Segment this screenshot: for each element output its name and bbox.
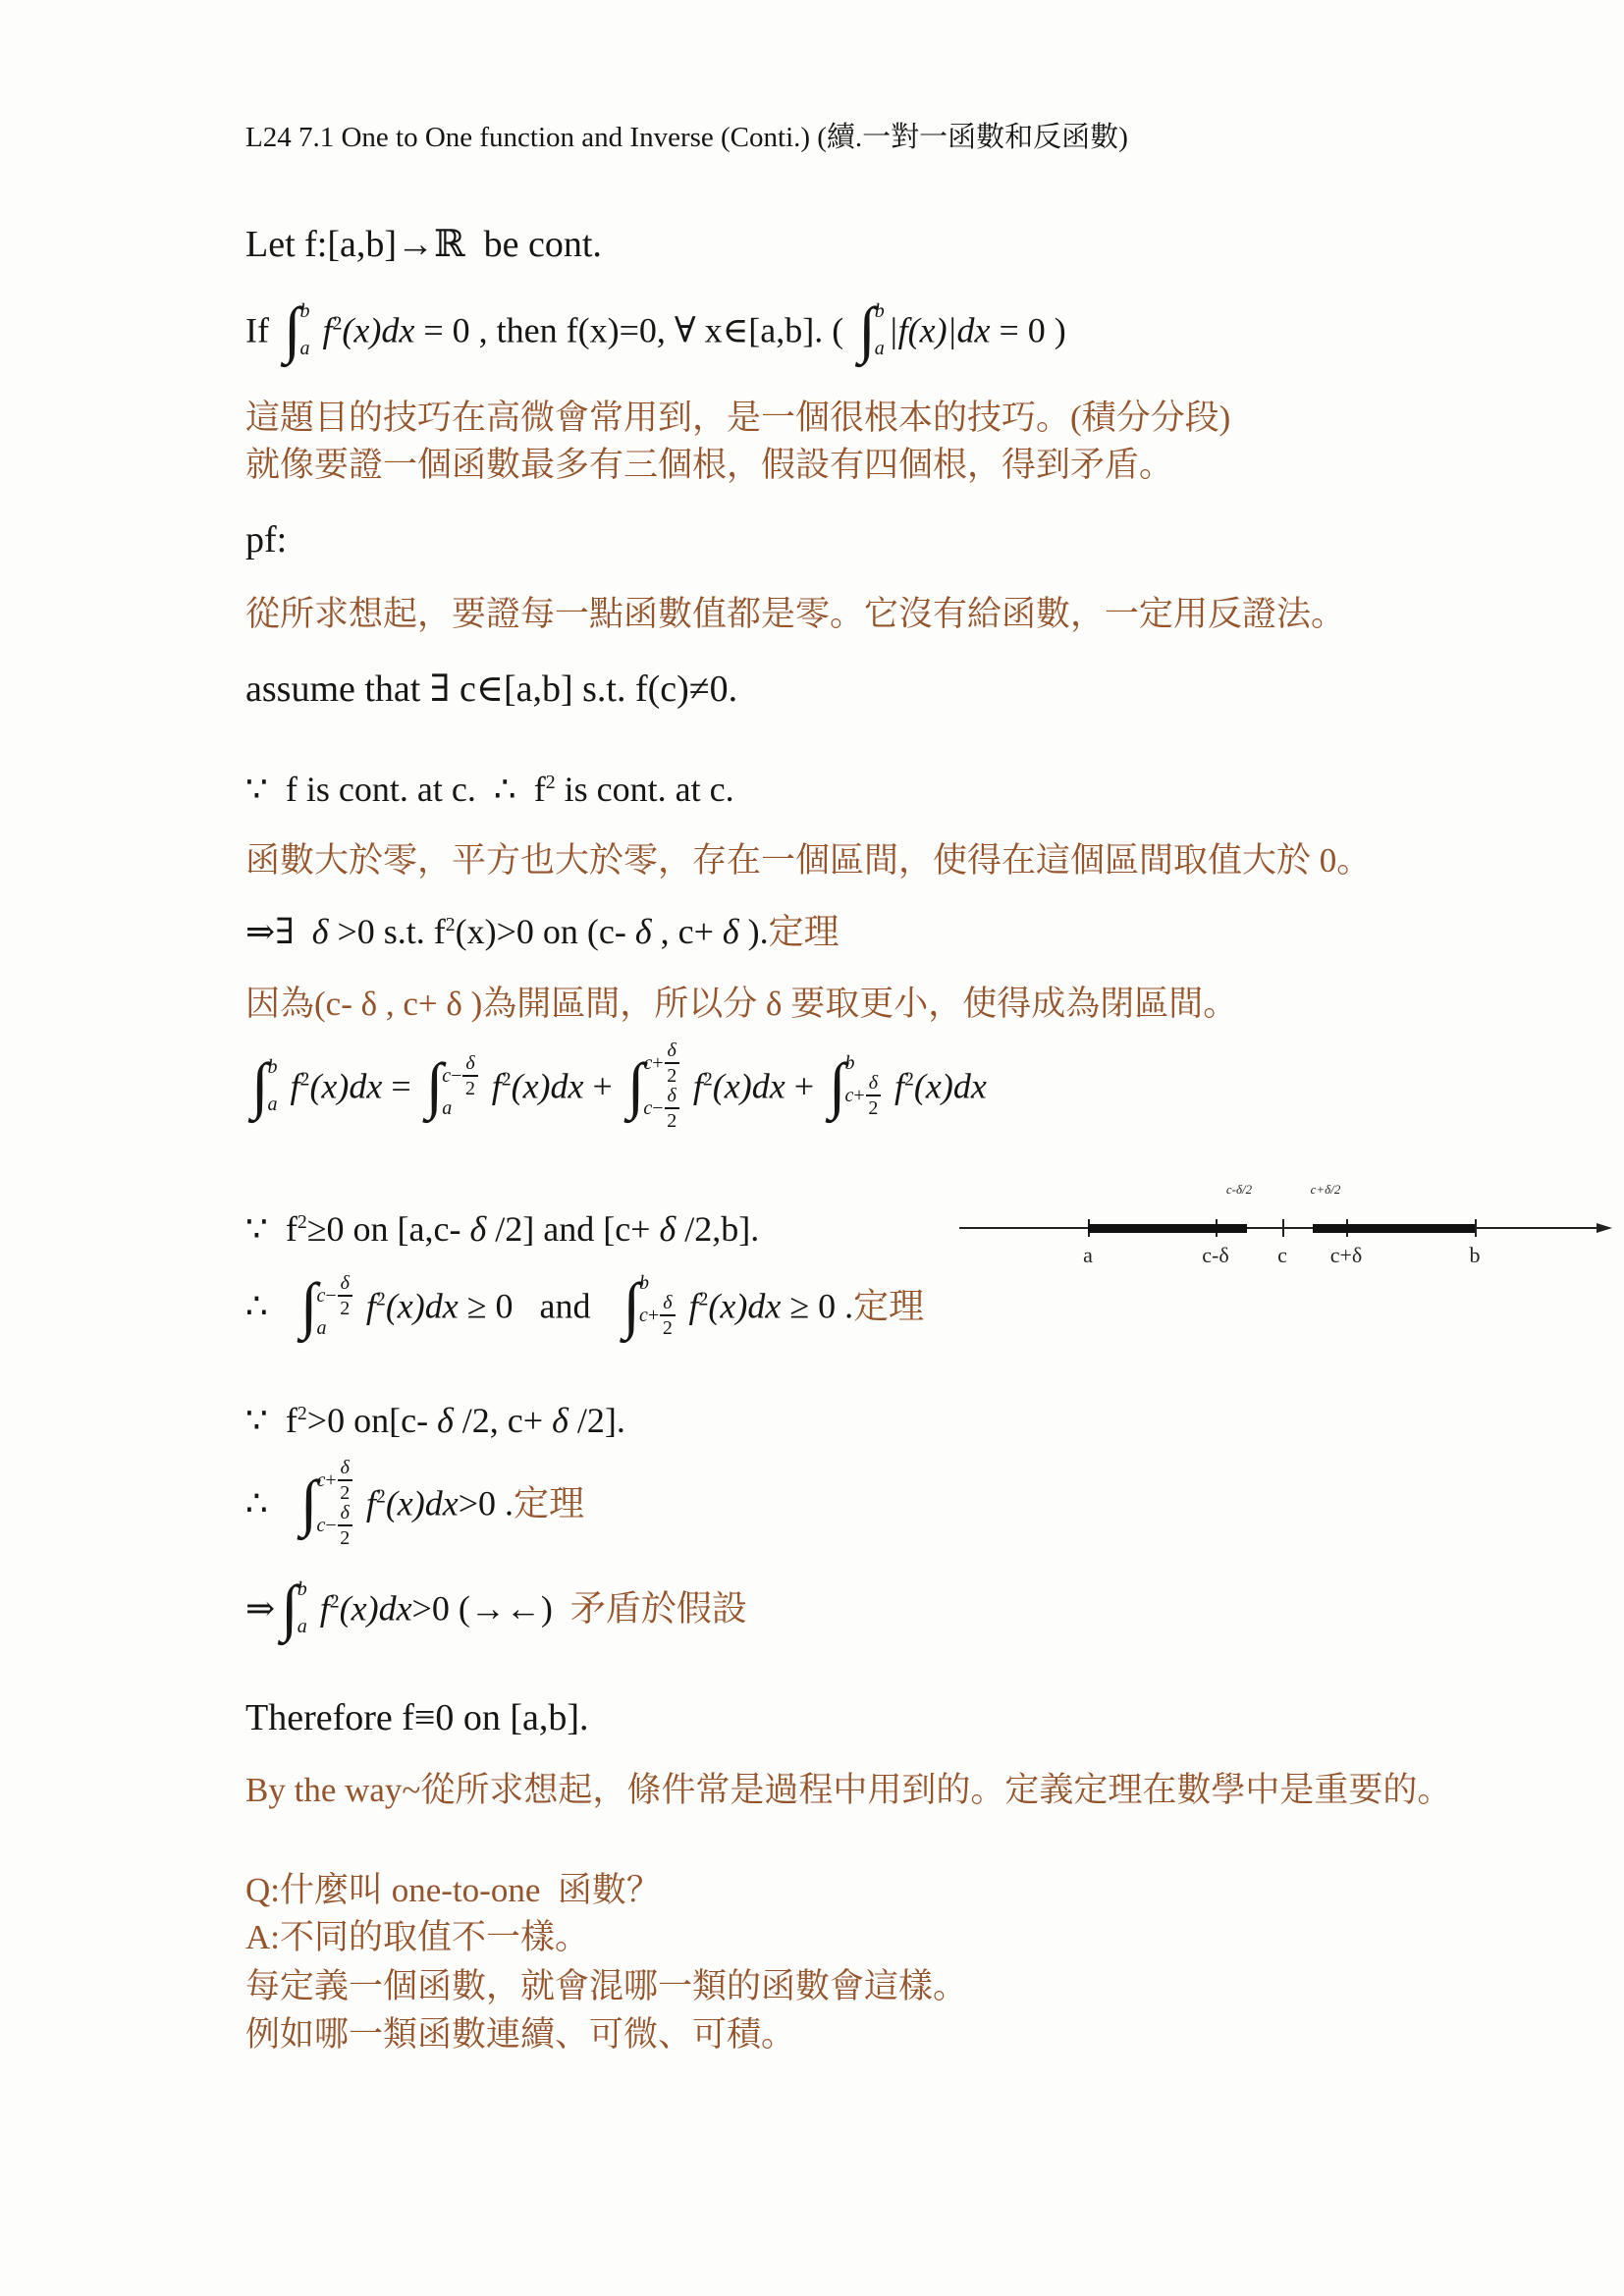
math-int: ∫ba bbox=[858, 300, 885, 359]
upper-limit: c+δ2 bbox=[643, 1041, 679, 1086]
math-it: c bbox=[316, 1516, 325, 1535]
note-positive-interval: 函數大於零，平方也大於零，存在一個區間，使得在這個區間取值大於 0。 bbox=[245, 839, 1371, 882]
note-by-the-way: By the way~從所求想起，條件常是過程中用到的。定義定理在數學中是重要的… bbox=[245, 1769, 1451, 1812]
integral-limits: c−δ2a bbox=[442, 1052, 478, 1119]
fraction-numerator: δ bbox=[462, 1053, 477, 1077]
f-squared-positive-statement: ∵ f2>0 on[c- δ /2, c+ δ /2]. bbox=[245, 1399, 625, 1443]
math-int: ∫c−δ2a bbox=[426, 1052, 479, 1119]
math-txt: >0 s.t. f bbox=[328, 912, 445, 951]
fraction-denominator: 2 bbox=[868, 1096, 878, 1118]
math-txt: /2, c+ bbox=[454, 1401, 552, 1440]
upper-limit: c−δ2 bbox=[442, 1053, 478, 1098]
math-sup: 2 bbox=[546, 772, 556, 793]
math-txt: − bbox=[325, 1286, 336, 1306]
note-roots-example: 就像要證一個函數最多有三個根，假設有四個根，得到矛盾。 bbox=[245, 444, 1173, 487]
math-it: f bbox=[357, 1483, 376, 1522]
integral-split-equation: ∫ba f2(x)dx = ∫c−δ2a f2(x)dx + ∫c+δ2c−δ2… bbox=[245, 1043, 987, 1136]
math-sup: 2 bbox=[446, 914, 456, 935]
math-txt: − bbox=[325, 1516, 336, 1535]
integral-limits: ba bbox=[875, 300, 885, 359]
math-txt: ⇒ bbox=[245, 1588, 275, 1628]
label-c-plus-delta: c+δ bbox=[1297, 1243, 1395, 1268]
math-txt: = bbox=[382, 1066, 419, 1105]
integral-icon: ∫ bbox=[300, 1475, 318, 1530]
qa-note-2: 例如哪一類函數連續、可微、可積。 bbox=[245, 2013, 795, 2056]
math-int: ∫ba bbox=[284, 300, 310, 359]
math-it: c bbox=[442, 1066, 451, 1086]
math-frac: δ2 bbox=[462, 1053, 477, 1098]
integral-icon: ∫ bbox=[426, 1058, 444, 1113]
math-it: a bbox=[268, 1095, 278, 1114]
f-squared-nonneg-statement: ∵ f2≥0 on [a,c- δ /2] and [c+ δ /2,b]. bbox=[245, 1207, 759, 1252]
fraction-denominator: 2 bbox=[340, 1526, 350, 1548]
math-it: f bbox=[886, 1066, 904, 1105]
math-int: ∫c+δ2c−δ2 bbox=[300, 1457, 353, 1549]
number-line-diagram: c-δ/2 c+δ/2 a c-δ c c+δ b bbox=[933, 1168, 1624, 1284]
math-it: c bbox=[643, 1098, 652, 1118]
math-it: (x)dx bbox=[309, 1066, 382, 1105]
math-sup: 2 bbox=[376, 1288, 386, 1309]
math-txt: + bbox=[325, 1470, 336, 1490]
math-frac: δ2 bbox=[665, 1086, 679, 1131]
contradiction-statement: ⇒∫ba f2(x)dx>0 (→←) 矛盾於假設 bbox=[245, 1582, 747, 1641]
qa-answer: A:不同的取值不一樣。 bbox=[245, 1916, 589, 1959]
lecture-notes-page: L24 7.1 One to One function and Inverse … bbox=[0, 0, 1624, 2296]
math-frac: δ2 bbox=[338, 1273, 352, 1318]
fraction-denominator: 2 bbox=[340, 1297, 350, 1318]
math-txt: = 0 , then f(x)=0, ∀ x∈[a,b]. ( bbox=[414, 310, 852, 349]
math-txt: ∵ f is cont. at c. ∴ f bbox=[245, 770, 546, 809]
segment-c-plus-half-delta-to-b bbox=[1313, 1224, 1475, 1233]
math-it: b bbox=[300, 301, 310, 321]
math-sup: 2 bbox=[904, 1068, 914, 1090]
lower-limit: a bbox=[316, 1318, 326, 1338]
upper-limit: b bbox=[298, 1579, 307, 1599]
integral-icon: ∫ bbox=[623, 1278, 641, 1333]
lower-limit: a bbox=[298, 1617, 307, 1636]
math-it: f bbox=[357, 1286, 376, 1325]
lower-limit: a bbox=[268, 1095, 278, 1114]
math-it: b bbox=[298, 1579, 307, 1599]
math-int: ∫bc+δ2 bbox=[623, 1272, 677, 1339]
math-txt: = 0 ) bbox=[991, 310, 1066, 349]
math-sup: 2 bbox=[703, 1068, 713, 1090]
upper-limit: b bbox=[875, 301, 885, 321]
math-it: |f(x)|dx bbox=[889, 310, 991, 349]
math-frac: δ2 bbox=[665, 1041, 679, 1086]
math-ann: 定理 bbox=[853, 1286, 924, 1325]
upper-limit: b bbox=[639, 1273, 649, 1293]
math-sup: 2 bbox=[376, 1485, 386, 1507]
upper-limit: b bbox=[845, 1053, 855, 1073]
math-txt: (x)>0 on (c- bbox=[456, 912, 635, 951]
math-txt: >0 . bbox=[459, 1483, 514, 1522]
fraction-denominator: 2 bbox=[663, 1316, 673, 1338]
page-title: L24 7.1 One to One function and Inverse … bbox=[245, 120, 1128, 155]
math-txt: is cont. at c. bbox=[556, 770, 734, 809]
lower-limit: c−δ2 bbox=[316, 1503, 352, 1548]
note-closed-interval: 因為(c- δ , c+ δ )為開區間，所以分 δ 要取更小，使得成為閉區間。 bbox=[245, 983, 1237, 1026]
math-it: (x)dx bbox=[713, 1066, 785, 1105]
math-txt: ∵ f bbox=[245, 1401, 298, 1440]
integral-limits: ba bbox=[298, 1578, 307, 1637]
math-it: f bbox=[282, 1066, 300, 1105]
math-txt: ≥ 0 . bbox=[781, 1286, 853, 1325]
math-txt: >0 (→←) bbox=[412, 1588, 570, 1628]
lower-limit: a bbox=[442, 1098, 452, 1118]
integral-limits: ba bbox=[300, 300, 310, 359]
upper-limit: c+δ2 bbox=[316, 1458, 352, 1503]
math-it: δ bbox=[723, 912, 739, 951]
integral-limits: bc+δ2 bbox=[639, 1272, 676, 1339]
upper-limit: c−δ2 bbox=[316, 1273, 352, 1318]
fraction-numerator: δ bbox=[665, 1041, 679, 1064]
math-txt: + bbox=[785, 1066, 823, 1105]
integral-icon: ∫ bbox=[251, 1058, 269, 1113]
upper-limit: b bbox=[268, 1057, 278, 1077]
fraction-numerator: δ bbox=[660, 1293, 675, 1316]
delta-existence-statement: ⇒∃ δ >0 s.t. f2(x)>0 on (c- δ , c+ δ ).定… bbox=[245, 910, 839, 954]
fraction-numerator: δ bbox=[866, 1073, 881, 1096]
assume-statement: assume that ∃ c∈[a,b] s.t. f(c)≠0. bbox=[245, 667, 737, 714]
math-int: ∫ba bbox=[281, 1578, 307, 1637]
math-it: f bbox=[311, 1588, 330, 1628]
continuity-statement: ∵ f is cont. at c. ∴ f2 is cont. at c. bbox=[245, 768, 734, 812]
math-txt: ). bbox=[739, 912, 769, 951]
math-it: a bbox=[442, 1098, 452, 1118]
math-it: c bbox=[845, 1086, 854, 1105]
math-it: (x)dx bbox=[914, 1066, 987, 1105]
math-sup: 2 bbox=[330, 1590, 340, 1612]
arrowhead-icon bbox=[1597, 1223, 1612, 1233]
tick-c bbox=[1282, 1219, 1284, 1237]
fraction-numerator: δ bbox=[338, 1503, 352, 1526]
math-txt: − bbox=[451, 1066, 461, 1086]
math-it: δ bbox=[552, 1401, 568, 1440]
qa-question: Q:什麼叫 one-to-one 函數？ bbox=[245, 1869, 661, 1912]
integral-icon: ∫ bbox=[829, 1058, 846, 1113]
math-txt: /2,b]. bbox=[676, 1209, 759, 1249]
if-statement: If ∫ba f2(x)dx = 0 , then f(x)=0, ∀ x∈[a… bbox=[245, 304, 1066, 363]
lower-limit: a bbox=[875, 339, 885, 358]
math-txt: ∴ bbox=[245, 1286, 295, 1325]
note-integration-technique: 這題目的技巧在高微會常用到，是一個很根本的技巧。(積分分段) bbox=[245, 397, 1230, 440]
math-ann: 定理 bbox=[514, 1483, 584, 1522]
math-ann: 矛盾於假設 bbox=[570, 1588, 747, 1628]
math-sup: 2 bbox=[298, 1403, 307, 1424]
math-sup: 2 bbox=[298, 1211, 307, 1233]
math-frac: δ2 bbox=[866, 1073, 881, 1118]
math-txt: ≥0 on [a,c- bbox=[307, 1209, 470, 1249]
integral-icon: ∫ bbox=[627, 1058, 645, 1113]
upper-limit: b bbox=[300, 301, 310, 321]
math-sup: 2 bbox=[300, 1068, 310, 1090]
math-sup: 2 bbox=[333, 312, 343, 334]
math-it: (x)dx bbox=[342, 310, 414, 349]
math-it: b bbox=[875, 301, 885, 321]
math-int: ∫ba bbox=[251, 1056, 278, 1115]
math-txt: + bbox=[584, 1066, 622, 1105]
math-ann: 定理 bbox=[769, 912, 839, 951]
math-it: δ bbox=[437, 1401, 454, 1440]
fraction-numerator: δ bbox=[338, 1458, 352, 1481]
integral-limits: c+δ2c−δ2 bbox=[643, 1040, 679, 1132]
math-txt: ∴ bbox=[245, 1483, 295, 1522]
math-it: δ bbox=[470, 1209, 487, 1249]
let-statement: Let f:[a,b]→ℝ be cont. bbox=[245, 222, 602, 269]
lower-limit: a bbox=[300, 339, 310, 358]
fraction-denominator: 2 bbox=[340, 1481, 350, 1503]
label-a: a bbox=[1039, 1243, 1137, 1268]
math-it: (x)dx bbox=[386, 1483, 459, 1522]
math-txt: /2]. bbox=[568, 1401, 625, 1440]
math-it: a bbox=[875, 339, 885, 358]
math-txt: , c+ bbox=[652, 912, 723, 951]
segment-a-to-c-minus-half-delta bbox=[1088, 1224, 1247, 1233]
integral-icon: ∫ bbox=[858, 302, 876, 357]
math-int: ∫c−δ2a bbox=[300, 1272, 353, 1339]
two-integrals-statement: ∴ ∫c−δ2a f2(x)dx ≥ 0 and ∫bc+δ2 f2(x)dx … bbox=[245, 1276, 924, 1343]
math-it: (x)dx bbox=[708, 1286, 781, 1325]
math-it: b bbox=[845, 1053, 855, 1073]
math-it: b bbox=[639, 1273, 649, 1293]
math-it: c bbox=[316, 1286, 325, 1306]
integral-limits: bc+δ2 bbox=[845, 1052, 882, 1119]
integral-limits: c−δ2a bbox=[316, 1272, 352, 1339]
fraction-numerator: δ bbox=[338, 1273, 352, 1297]
math-txt: + bbox=[648, 1306, 659, 1325]
math-txt: If bbox=[245, 310, 278, 349]
math-it: (x)dx bbox=[340, 1588, 412, 1628]
math-txt: /2] and [c+ bbox=[486, 1209, 659, 1249]
fraction-denominator: 2 bbox=[667, 1109, 677, 1131]
math-it: a bbox=[300, 339, 310, 358]
integral-limits: ba bbox=[268, 1056, 278, 1115]
math-sup: 2 bbox=[699, 1288, 709, 1309]
math-it: δ bbox=[312, 912, 329, 951]
integral-icon: ∫ bbox=[281, 1580, 298, 1635]
math-frac: δ2 bbox=[338, 1458, 352, 1503]
integral-limits: c+δ2c−δ2 bbox=[316, 1457, 352, 1549]
math-it: f bbox=[684, 1066, 703, 1105]
pf-label: pf: bbox=[245, 517, 287, 564]
math-txt: >0 on[c- bbox=[307, 1401, 437, 1440]
lower-limit: c+δ2 bbox=[639, 1293, 676, 1338]
lower-limit: c−δ2 bbox=[643, 1086, 679, 1131]
math-it: c bbox=[643, 1053, 652, 1073]
math-it: c bbox=[639, 1306, 648, 1325]
math-it: a bbox=[298, 1617, 307, 1636]
math-int: ∫bc+δ2 bbox=[829, 1052, 882, 1119]
fraction-denominator: 2 bbox=[465, 1077, 475, 1098]
middle-integral-statement: ∴ ∫c+δ2c−δ2 f2(x)dx>0 .定理 bbox=[245, 1461, 584, 1553]
math-it: c bbox=[316, 1470, 325, 1490]
math-sup: 2 bbox=[502, 1068, 512, 1090]
fraction-denominator: 2 bbox=[667, 1064, 677, 1086]
math-frac: δ2 bbox=[660, 1293, 675, 1338]
note-proof-strategy: 從所求想起，要證每一點函數值都是零。它沒有給函數，一定用反證法。 bbox=[245, 593, 1345, 636]
fraction-numerator: δ bbox=[665, 1086, 679, 1109]
math-txt: ∵ f bbox=[245, 1209, 298, 1249]
therefore-statement: Therefore f≡0 on [a,b]. bbox=[245, 1695, 589, 1742]
math-txt: − bbox=[652, 1098, 663, 1118]
math-txt: ≥ 0 and bbox=[459, 1286, 618, 1325]
math-it: δ bbox=[659, 1209, 676, 1249]
integral-icon: ∫ bbox=[300, 1278, 318, 1333]
label-c-plus-half-delta: c+δ/2 bbox=[1267, 1182, 1384, 1198]
math-frac: δ2 bbox=[338, 1503, 352, 1548]
math-it: (x)dx bbox=[386, 1286, 459, 1325]
math-it: b bbox=[268, 1057, 278, 1077]
lower-limit: c+δ2 bbox=[845, 1073, 882, 1118]
math-it: δ bbox=[635, 912, 652, 951]
label-b: b bbox=[1426, 1243, 1524, 1268]
math-it: a bbox=[316, 1318, 326, 1338]
math-txt: + bbox=[853, 1086, 864, 1105]
math-txt: ⇒∃ bbox=[245, 912, 312, 951]
math-txt: + bbox=[652, 1053, 663, 1073]
integral-icon: ∫ bbox=[284, 302, 301, 357]
math-it: (x)dx bbox=[512, 1066, 584, 1105]
number-line-axis bbox=[959, 1227, 1603, 1229]
math-int: ∫c+δ2c−δ2 bbox=[627, 1040, 680, 1132]
math-it: f bbox=[680, 1286, 699, 1325]
math-it: f bbox=[314, 310, 333, 349]
math-it: f bbox=[483, 1066, 502, 1105]
qa-note-1: 每定義一個函數，就會混哪一類的函數會這樣。 bbox=[245, 1965, 967, 2008]
tick-b bbox=[1475, 1219, 1477, 1237]
